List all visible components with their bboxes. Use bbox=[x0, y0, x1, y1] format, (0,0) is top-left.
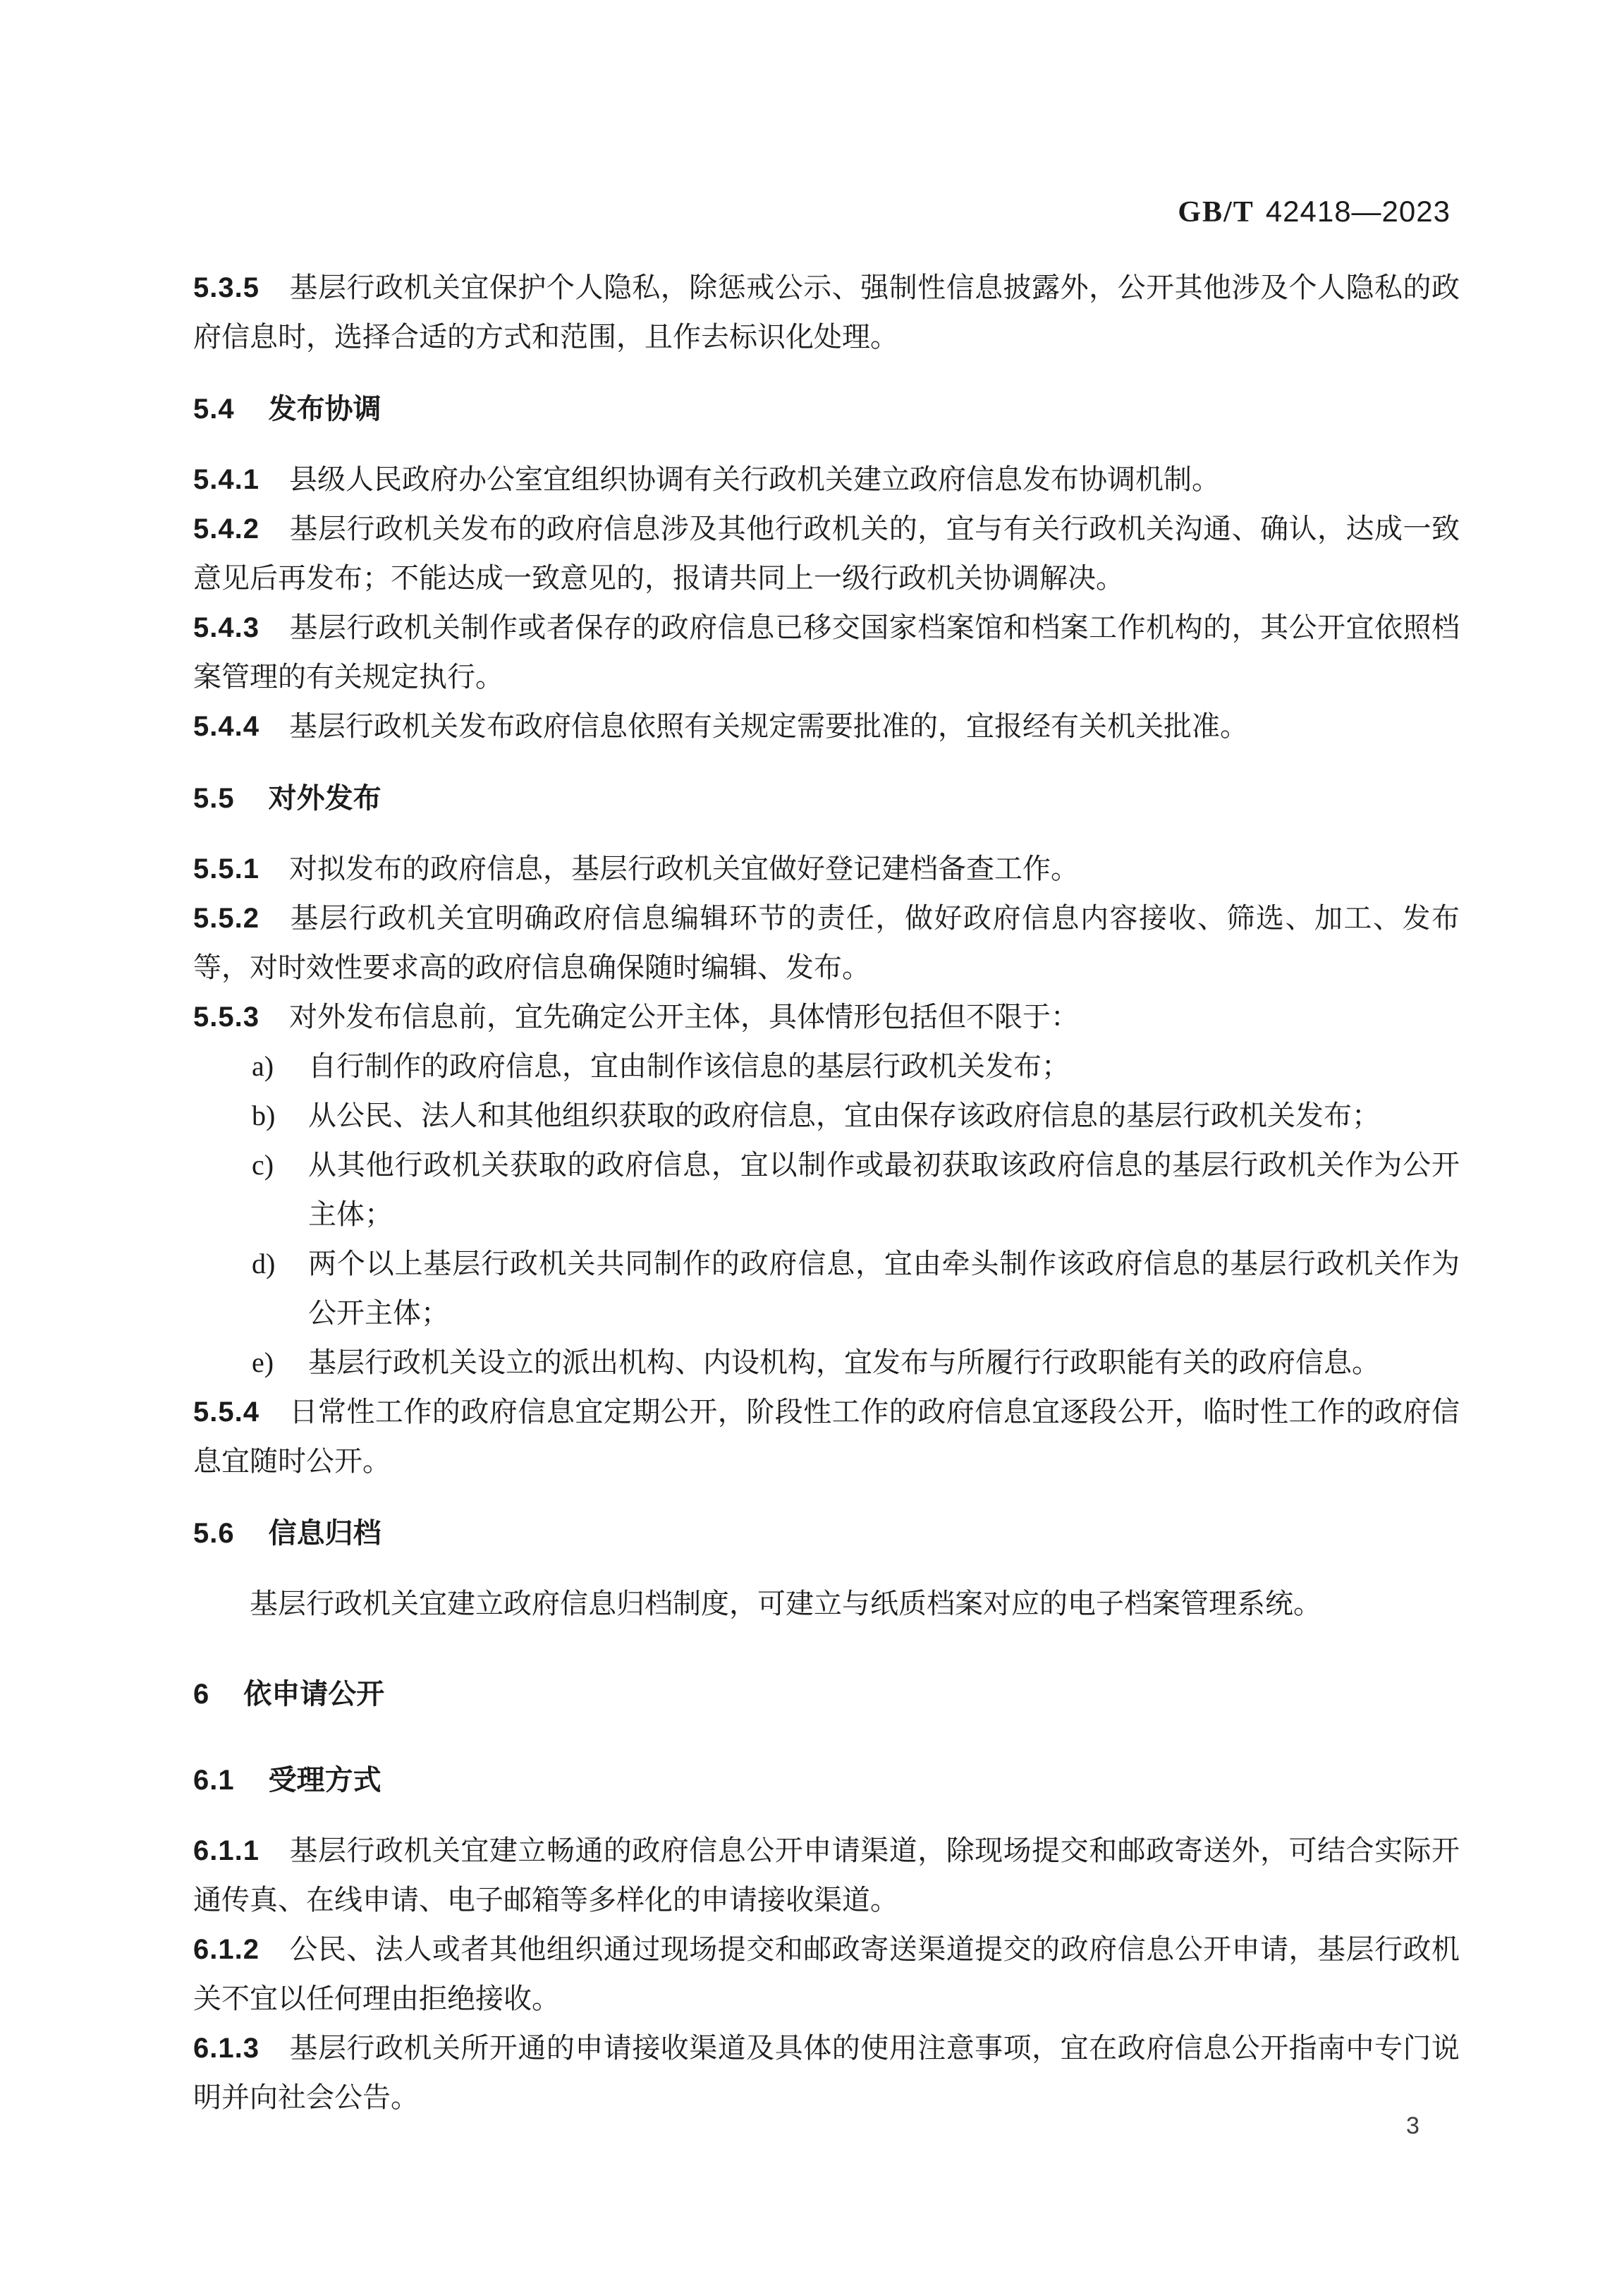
list-item-d: d)两个以上基层行政机关共同制作的政府信息，宜由牵头制作该政府信息的基层行政机关… bbox=[193, 1239, 1460, 1338]
clause-text: 基层行政机关宜建立畅通的政府信息公开申请渠道，除现场提交和邮政寄送外，可结合实际… bbox=[193, 1835, 1460, 1916]
heading-number: 5.6 bbox=[193, 1518, 235, 1549]
clause-number: 6.1.2 bbox=[193, 1934, 260, 1965]
clause-number: 5.3.5 bbox=[193, 272, 260, 303]
clause-text: 基层行政机关宜明确政府信息编辑环节的责任，做好政府信息内容接收、筛选、加工、发布… bbox=[193, 902, 1460, 983]
section-heading-5-4: 5.4发布协调 bbox=[193, 384, 1460, 434]
clause-number: 5.4.2 bbox=[193, 513, 260, 545]
section-heading-6-1: 6.1受理方式 bbox=[193, 1756, 1460, 1805]
list-item-label: a) bbox=[252, 1042, 274, 1091]
list-item-text: 从其他行政机关获取的政府信息，宜以制作或最初获取该政府信息的基层行政机关作为公开… bbox=[308, 1149, 1460, 1230]
clause-text: 基层行政机关所开通的申请接收渠道及具体的使用注意事项，宜在政府信息公开指南中专门… bbox=[193, 2032, 1460, 2113]
heading-text: 受理方式 bbox=[269, 1765, 381, 1796]
clause-number: 5.5.1 bbox=[193, 853, 260, 884]
heading-number: 5.5 bbox=[193, 783, 235, 814]
clause-5-5-1: 5.5.1对拟发布的政府信息，基层行政机关宜做好登记建档备查工作。 bbox=[193, 844, 1460, 894]
list-item-text: 基层行政机关设立的派出机构、内设机构，宜发布与所履行行政职能有关的政府信息。 bbox=[308, 1346, 1380, 1378]
clause-number: 5.5.3 bbox=[193, 1002, 260, 1033]
heading-number: 5.4 bbox=[193, 394, 235, 425]
clause-number: 5.4.3 bbox=[193, 612, 260, 643]
page-header: GB/T42418—2023 bbox=[0, 196, 1451, 228]
standard-code-number: 42418—2023 bbox=[1266, 195, 1451, 228]
clause-text: 基层行政机关制作或者保存的政府信息已移交国家档案馆和档案工作机构的，其公开宜依照… bbox=[193, 612, 1460, 693]
paragraph-5-6: 基层行政机关宜建立政府信息归档制度，可建立与纸质档案对应的电子档案管理系统。 bbox=[193, 1579, 1460, 1629]
clause-6-1-3: 6.1.3基层行政机关所开通的申请接收渠道及具体的使用注意事项，宜在政府信息公开… bbox=[193, 2024, 1460, 2122]
clause-number: 5.5.2 bbox=[193, 903, 260, 934]
clause-number: 6.1.3 bbox=[193, 2033, 260, 2064]
chapter-heading-6: 6依申请公开 bbox=[193, 1669, 1460, 1719]
clause-5-4-1: 5.4.1县级人民政府办公室宜组织协调有关行政机关建立政府信息发布协调机制。 bbox=[193, 455, 1460, 504]
page-number: 3 bbox=[1406, 2112, 1420, 2140]
heading-text: 对外发布 bbox=[269, 783, 381, 814]
heading-text: 发布协调 bbox=[269, 394, 381, 425]
clause-text: 对拟发布的政府信息，基层行政机关宜做好登记建档备查工作。 bbox=[289, 853, 1079, 884]
clause-number: 6.1.1 bbox=[193, 1835, 260, 1866]
section-heading-5-5: 5.5对外发布 bbox=[193, 774, 1460, 823]
standard-code-prefix: GB/T bbox=[1178, 196, 1254, 229]
clause-5-3-5: 5.3.5基层行政机关宜保护个人隐私，除惩戒公示、强制性信息披露外，公开其他涉及… bbox=[193, 263, 1460, 362]
heading-number: 6 bbox=[193, 1679, 209, 1710]
clause-text: 县级人民政府办公室宜组织协调有关行政机关建立政府信息发布协调机制。 bbox=[289, 463, 1220, 495]
clause-6-1-1: 6.1.1基层行政机关宜建立畅通的政府信息公开申请渠道，除现场提交和邮政寄送外，… bbox=[193, 1826, 1460, 1925]
clause-number: 5.5.4 bbox=[193, 1397, 260, 1428]
clause-6-1-2: 6.1.2公民、法人或者其他组织通过现场提交和邮政寄送渠道提交的政府信息公开申请… bbox=[193, 1925, 1460, 2024]
list-item-text: 两个以上基层行政机关共同制作的政府信息，宜由牵头制作该政府信息的基层行政机关作为… bbox=[308, 1248, 1460, 1329]
heading-number: 6.1 bbox=[193, 1765, 235, 1796]
list-item-text: 自行制作的政府信息，宜由制作该信息的基层行政机关发布； bbox=[308, 1050, 1070, 1082]
list-item-text: 从公民、法人和其他组织获取的政府信息，宜由保存该政府信息的基层行政机关发布； bbox=[308, 1100, 1380, 1131]
list-item-label: b) bbox=[252, 1091, 275, 1141]
clause-text: 公民、法人或者其他组织通过现场提交和邮政寄送渠道提交的政府信息公开申请，基层行政… bbox=[193, 1933, 1460, 2014]
clause-text: 对外发布信息前，宜先确定公开主体，具体情形包括但不限于： bbox=[289, 1001, 1079, 1033]
list-item-label: d) bbox=[252, 1239, 275, 1289]
list-item-label: e) bbox=[252, 1338, 274, 1387]
list-item-label: c) bbox=[252, 1141, 274, 1190]
clause-5-4-2: 5.4.2基层行政机关发布的政府信息涉及其他行政机关的，宜与有关行政机关沟通、确… bbox=[193, 504, 1460, 603]
clause-5-5-2: 5.5.2基层行政机关宜明确政府信息编辑环节的责任，做好政府信息内容接收、筛选、… bbox=[193, 894, 1460, 992]
list-item-b: b)从公民、法人和其他组织获取的政府信息，宜由保存该政府信息的基层行政机关发布； bbox=[193, 1091, 1460, 1141]
clause-number: 5.4.4 bbox=[193, 711, 260, 742]
content-area: 5.3.5基层行政机关宜保护个人隐私，除惩戒公示、强制性信息披露外，公开其他涉及… bbox=[193, 263, 1460, 2122]
clause-5-5-4: 5.5.4日常性工作的政府信息宜定期公开，阶段性工作的政府信息宜逐段公开，临时性… bbox=[193, 1387, 1460, 1486]
clause-5-4-3: 5.4.3基层行政机关制作或者保存的政府信息已移交国家档案馆和档案工作机构的，其… bbox=[193, 603, 1460, 702]
list-item-e: e)基层行政机关设立的派出机构、内设机构，宜发布与所履行行政职能有关的政府信息。 bbox=[193, 1338, 1460, 1387]
clause-text: 基层行政机关宜保护个人隐私，除惩戒公示、强制性信息披露外，公开其他涉及个人隐私的… bbox=[193, 272, 1460, 353]
heading-text: 依申请公开 bbox=[243, 1679, 384, 1710]
heading-text: 信息归档 bbox=[269, 1518, 381, 1549]
list-item-c: c)从其他行政机关获取的政府信息，宜以制作或最初获取该政府信息的基层行政机关作为… bbox=[193, 1141, 1460, 1239]
document-page: GB/T42418—2023 5.3.5基层行政机关宜保护个人隐私，除惩戒公示、… bbox=[0, 0, 1624, 2293]
clause-number: 5.4.1 bbox=[193, 464, 260, 495]
clause-text: 日常性工作的政府信息宜定期公开，阶段性工作的政府信息宜逐段公开，临时性工作的政府… bbox=[193, 1396, 1460, 1477]
clause-text: 基层行政机关发布的政府信息涉及其他行政机关的，宜与有关行政机关沟通、确认，达成一… bbox=[193, 513, 1460, 594]
clause-text: 基层行政机关发布政府信息依照有关规定需要批准的，宜报经有关机关批准。 bbox=[289, 710, 1248, 742]
section-heading-5-6: 5.6信息归档 bbox=[193, 1509, 1460, 1558]
clause-5-4-4: 5.4.4基层行政机关发布政府信息依照有关规定需要批准的，宜报经有关机关批准。 bbox=[193, 702, 1460, 751]
list-item-a: a)自行制作的政府信息，宜由制作该信息的基层行政机关发布； bbox=[193, 1042, 1460, 1091]
clause-5-5-3: 5.5.3对外发布信息前，宜先确定公开主体，具体情形包括但不限于： bbox=[193, 992, 1460, 1042]
